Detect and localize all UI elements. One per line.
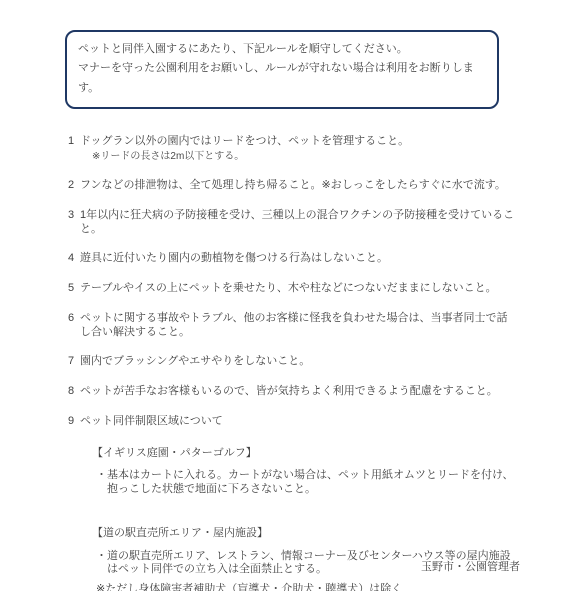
restricted-area-section-garden: 【イギリス庭園・パターゴルフ】 ・基本はカートに入れる。カートがない場合は、ペッ…: [92, 447, 520, 497]
rule-item-7: 7 園内でブラッシングやエサやりをしないこと。: [68, 355, 520, 369]
rule-text: 1年以内に狂犬病の予防接種を受け、三種以上の混合ワクチンの予防接種を受けているこ…: [80, 209, 516, 237]
section-heading: 【道の駅直売所エリア・屋内施設】: [92, 527, 520, 541]
rule-item-6: 6 ペットに関する事故やトラブル、他のお客様に怪我を負わせた場合は、当事者同士で…: [68, 312, 520, 340]
rule-number: 6: [68, 312, 75, 340]
pet-rules-document: ペットと同伴入園するにあたり、下記ルールを順守してください。 マナーを守った公園…: [0, 0, 562, 591]
assistance-dog-exception-note: ※ただし身体障害者補助犬（盲導犬・介助犬・聴導犬）は除く: [96, 583, 520, 591]
rule-item-3: 3 1年以内に狂犬病の予防接種を受け、三種以上の混合ワクチンの予防接種を受けてい…: [68, 209, 520, 237]
restricted-area-section-indoor: 【道の駅直売所エリア・屋内施設】 ・道の駅直売所エリア、レストラン、情報コーナー…: [92, 527, 520, 591]
document-signature: 玉野市・公園管理者: [421, 561, 520, 575]
section-heading: 【イギリス庭園・パターゴルフ】: [92, 447, 520, 461]
rule-number: 7: [68, 355, 75, 369]
notice-line-2: マナーを守った公園利用をお願いし、ルールが守れない場合は利用をお断りします。: [78, 59, 486, 98]
rule-number: 5: [68, 282, 75, 296]
rule-text: テーブルやイスの上にペットを乗せたり、木や柱などにつないだままにしないこと。: [80, 282, 516, 296]
rule-number: 1: [68, 135, 75, 163]
rule-item-8: 8 ペットが苦手なお客様もいるので、皆が気持ちよく利用できるよう配慮をすること。: [68, 385, 520, 399]
rule-item-1: 1 ドッグラン以外の園内ではリードをつけ、ペットを管理すること。 ※リードの長さ…: [68, 135, 520, 163]
rule-item-5: 5 テーブルやイスの上にペットを乗せたり、木や柱などにつないだままにしないこと。: [68, 282, 520, 296]
rule-text: ドッグラン以外の園内ではリードをつけ、ペットを管理すること。: [80, 135, 516, 149]
rule-item-2: 2 フンなどの排泄物は、全て処理し持ち帰ること。※おしっこをしたらすぐに水で流す…: [68, 179, 520, 193]
rules-list: 1 ドッグラン以外の園内ではリードをつけ、ペットを管理すること。 ※リードの長さ…: [68, 135, 520, 591]
rule-text: ペット同伴制限区域について: [80, 415, 516, 429]
rule-number: 2: [68, 179, 75, 193]
rule-number: 4: [68, 252, 75, 266]
rule-item-4: 4 遊具に近付いたり園内の動植物を傷つける行為はしないこと。: [68, 252, 520, 266]
section-bullet: ・基本はカートに入れる。カートがない場合は、ペット用紙オムツとリードを付け、抱っ…: [96, 469, 517, 497]
rule-subnote: ※リードの長さは2m以下とする。: [92, 151, 516, 164]
rule-number: 3: [68, 209, 75, 237]
notice-box: ペットと同伴入園するにあたり、下記ルールを順守してください。 マナーを守った公園…: [65, 30, 499, 109]
rule-text: フンなどの排泄物は、全て処理し持ち帰ること。※おしっこをしたらすぐに水で流す。: [80, 179, 516, 193]
rule-text: ペットに関する事故やトラブル、他のお客様に怪我を負わせた場合は、当事者同士で話し…: [80, 312, 516, 340]
notice-line-1: ペットと同伴入園するにあたり、下記ルールを順守してください。: [78, 40, 486, 59]
rule-text: ペットが苦手なお客様もいるので、皆が気持ちよく利用できるよう配慮をすること。: [80, 385, 516, 399]
rule-text: 遊具に近付いたり園内の動植物を傷つける行為はしないこと。: [80, 252, 516, 266]
rule-number: 8: [68, 385, 75, 399]
rule-text: 園内でブラッシングやエサやりをしないこと。: [80, 355, 516, 369]
rule-number: 9: [68, 415, 75, 429]
rule-item-9: 9 ペット同伴制限区域について: [68, 415, 520, 429]
